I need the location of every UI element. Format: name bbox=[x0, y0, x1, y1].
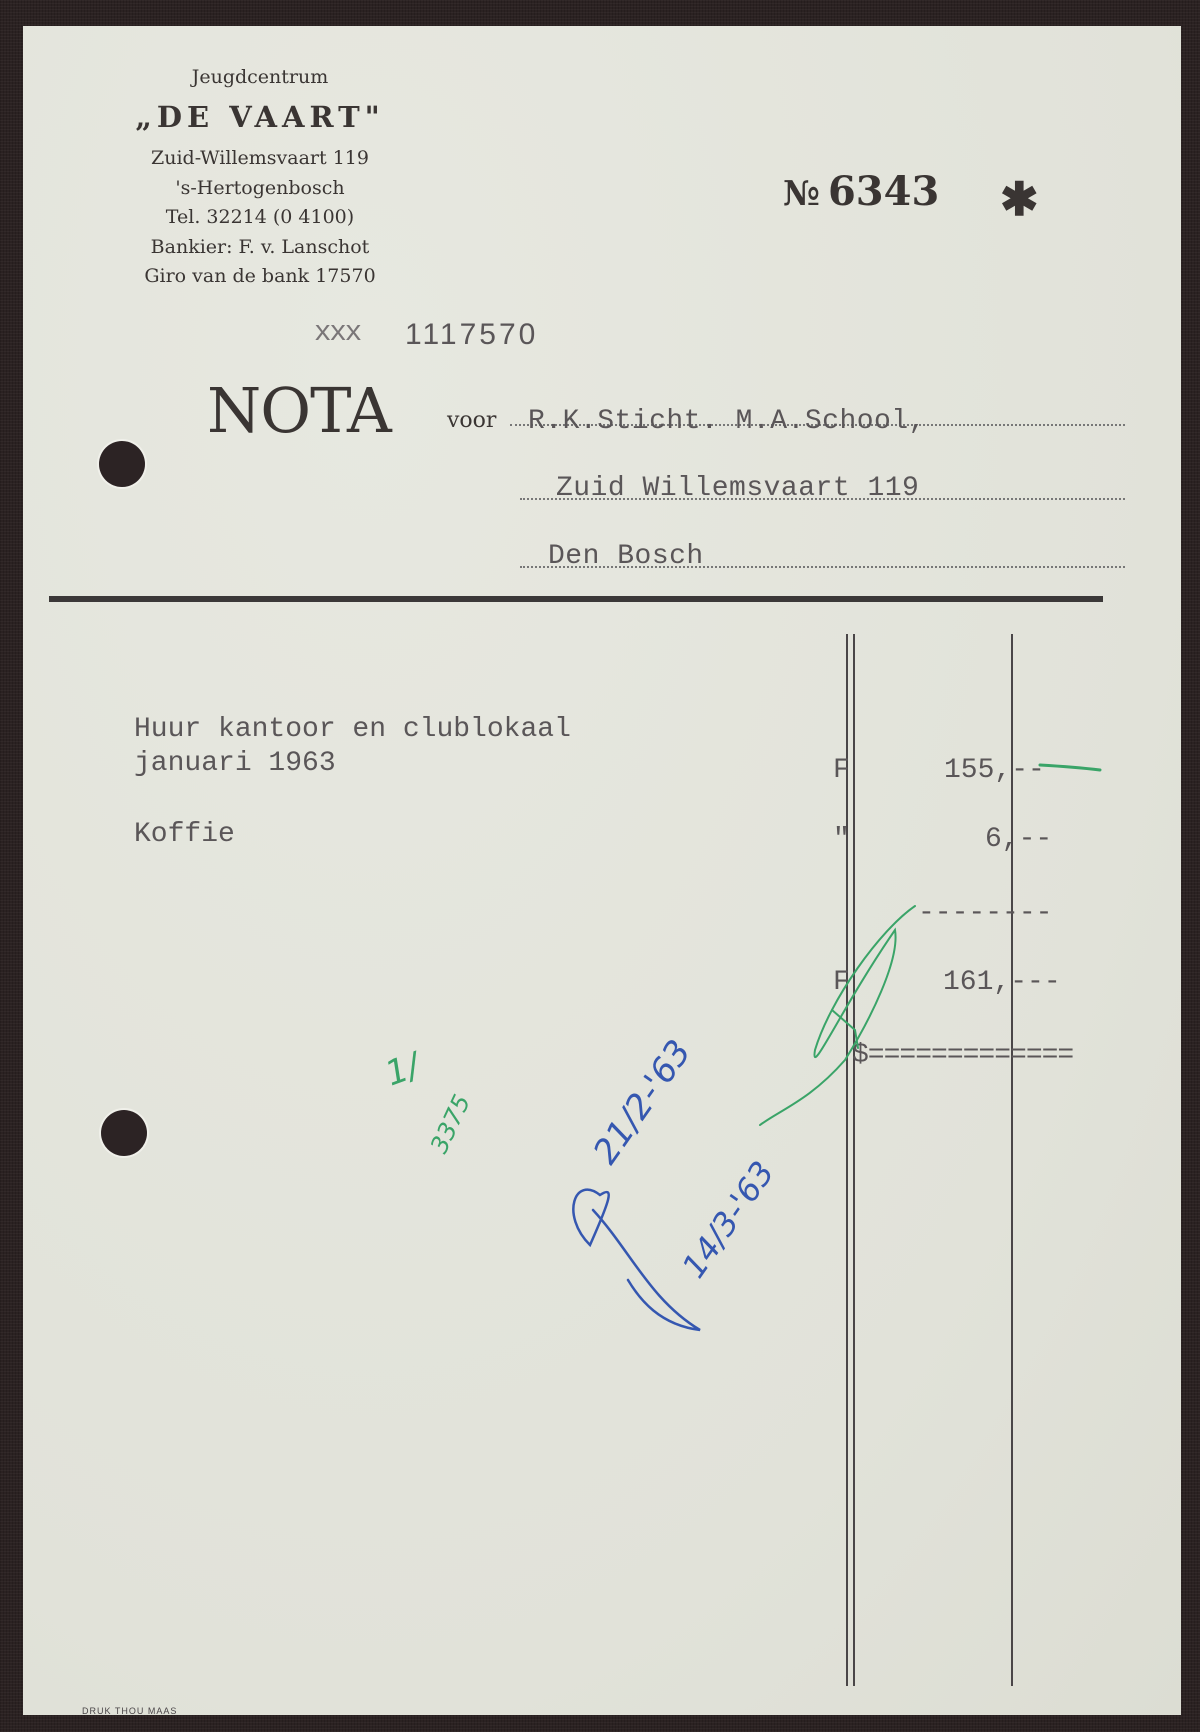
invoice-number: №6343 bbox=[783, 168, 939, 215]
letterhead-bank: Bankier: F. v. Lanschot bbox=[95, 233, 425, 263]
item-description: Koffie bbox=[134, 818, 235, 852]
total-amount: 161,--- bbox=[943, 967, 1061, 998]
giro-overtype: xxx bbox=[314, 316, 360, 349]
line-item-2: Koffie bbox=[134, 818, 235, 852]
subtotal-rule: -------- bbox=[918, 898, 1052, 929]
total-double-rule: $============= bbox=[852, 1040, 1073, 1071]
header-rule bbox=[49, 596, 1103, 602]
column-line-right bbox=[1011, 634, 1013, 1686]
item-amount: 155,-- bbox=[900, 755, 1119, 786]
letterhead-city: 's-Hertogenbosch bbox=[95, 174, 425, 204]
item-description: Huur kantoor en clublokaal bbox=[134, 713, 571, 747]
item-currency: " bbox=[833, 824, 850, 855]
letterhead-subtitle: Jeugdcentrum bbox=[95, 62, 425, 92]
document-title: NOTA bbox=[207, 374, 391, 447]
item-amount: 6,-- bbox=[985, 824, 1052, 855]
letterhead-giro: Giro van de bank 17570 bbox=[95, 262, 425, 292]
for-label: voor bbox=[447, 408, 496, 433]
letterhead-street: Zuid-Willemsvaart 119 bbox=[95, 144, 425, 174]
asterisk-mark-icon: ✱ bbox=[1000, 172, 1039, 226]
giro-corrected: 1117570 bbox=[405, 318, 538, 352]
giro-original: 17570 bbox=[315, 265, 375, 287]
giro-label: Giro van de bank bbox=[144, 265, 309, 287]
line-item-1: Huur kantoor en clublokaal januari 1963 bbox=[134, 713, 571, 781]
recipient-street: Zuid Willemsvaart 119 bbox=[556, 473, 919, 504]
recipient-name: R.K.Sticht. M.A.School, bbox=[528, 406, 926, 437]
total-currency: F bbox=[833, 967, 850, 998]
column-line-left-b bbox=[853, 634, 855, 1686]
punch-hole-bottom bbox=[101, 1110, 147, 1156]
number-symbol: № bbox=[783, 174, 820, 214]
punch-hole-top bbox=[99, 441, 145, 487]
item-currency: F bbox=[833, 755, 850, 786]
letterhead-name: „DE VAART" bbox=[95, 96, 425, 138]
printer-mark: DRUK THOU MAAS bbox=[82, 1706, 177, 1716]
letterhead-phone: Tel. 32214 (0 4100) bbox=[95, 203, 425, 233]
number-value: 6343 bbox=[828, 168, 939, 215]
recipient-city: Den Bosch bbox=[548, 541, 704, 572]
item-description-cont: januari 1963 bbox=[134, 747, 571, 781]
letterhead: Jeugdcentrum „DE VAART" Zuid-Willemsvaar… bbox=[95, 62, 425, 292]
column-line-left-a bbox=[846, 634, 848, 1686]
